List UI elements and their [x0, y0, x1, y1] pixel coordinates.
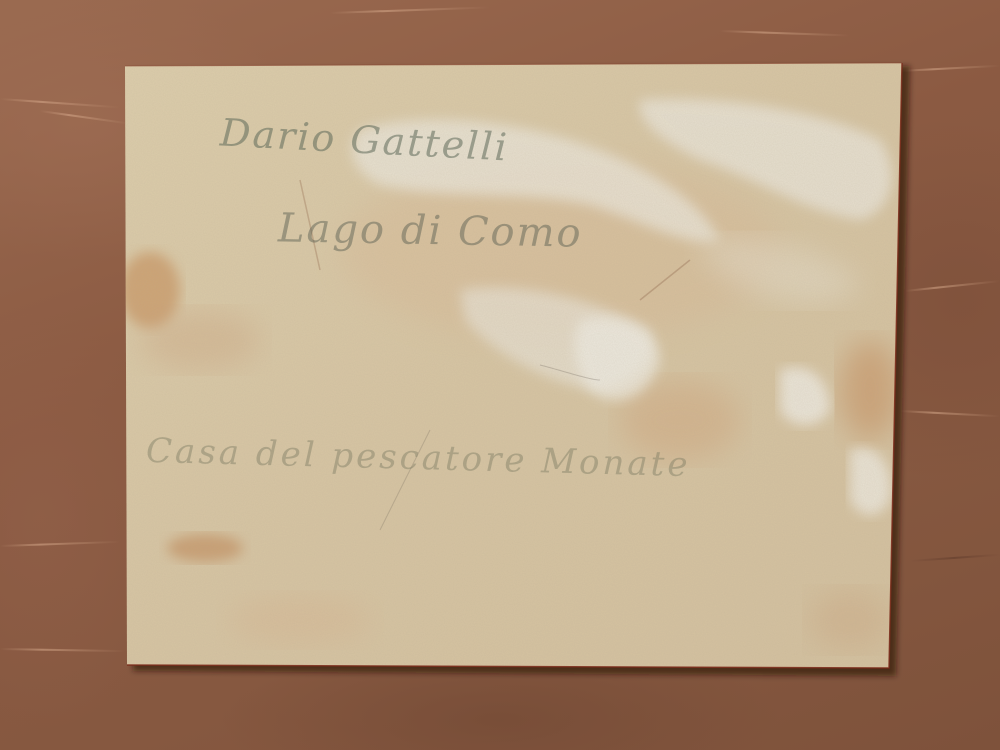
paper-label [0, 0, 1000, 750]
handwritten-location: Lago di Como [278, 205, 583, 256]
